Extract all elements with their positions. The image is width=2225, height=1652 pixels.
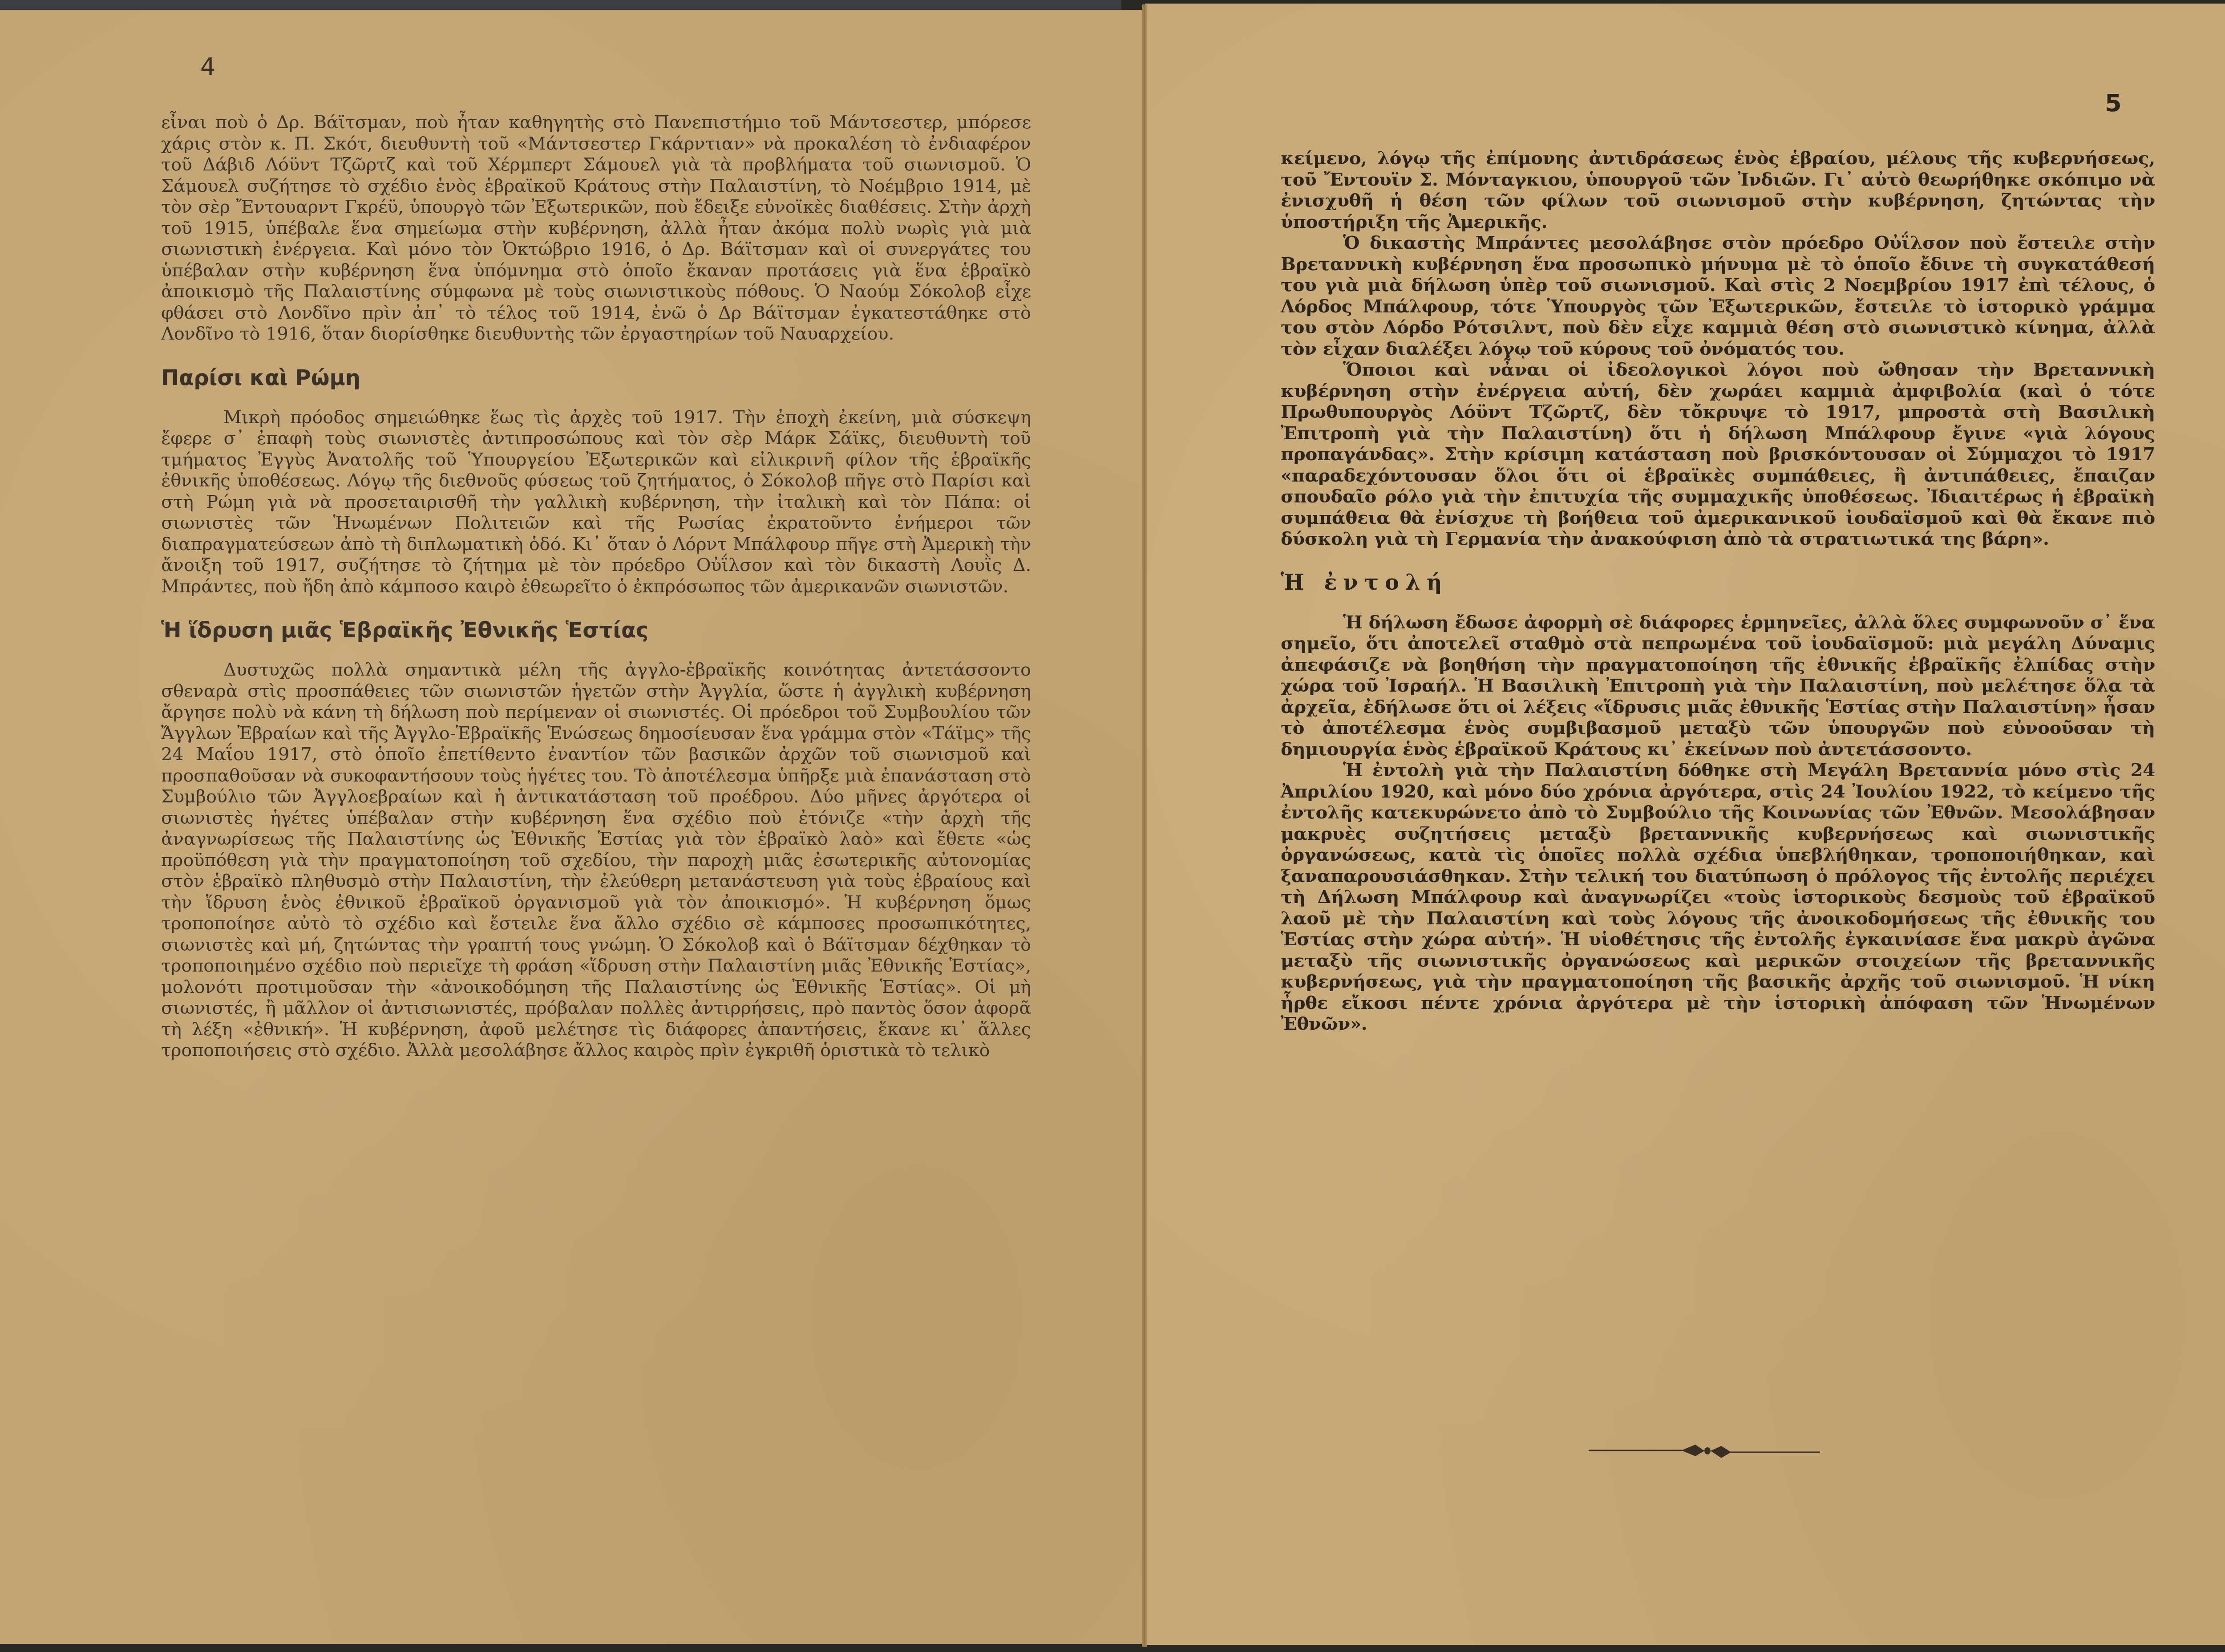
left-text-column: εἶναι ποὺ ὁ Δρ. Βάϊτσμαν, ποὺ ἦταν καθηγ… bbox=[161, 112, 1031, 1061]
paragraph: Ἡ δήλωση ἔδωσε ἀφορμὴ σὲ διάφορες ἑρμηνε… bbox=[1281, 612, 2155, 760]
scan-edge bbox=[0, 0, 1121, 11]
divider-ornament-icon bbox=[1571, 1442, 1838, 1460]
paragraph: Μικρὴ πρόοδος σημειώθηκε ἕως τὶς ἀρχὲς τ… bbox=[161, 407, 1031, 598]
right-text-column: κείμενο, λόγῳ τῆς ἐπίμονης ἀντιδράσεως ἑ… bbox=[1281, 148, 2155, 1035]
paragraph: Δυστυχῶς πολλὰ σημαντικὰ μέλη τῆς ἀγγλο-… bbox=[161, 660, 1031, 1061]
paragraph: εἶναι ποὺ ὁ Δρ. Βάϊτσμαν, ποὺ ἦταν καθηγ… bbox=[161, 112, 1031, 345]
paragraph: Ἡ ἐντολὴ γιὰ τὴν Παλαιστίνη δόθηκε στὴ Μ… bbox=[1281, 760, 2155, 1035]
paragraph: Ὅποιοι καὶ νἆναι οἱ ἰδεολογικοὶ λόγοι πο… bbox=[1281, 359, 2155, 550]
section-heading: Ἡ ἵδρυση μιᾶς Ἑβραϊκῆς Ἐθνικῆς Ἑστίας bbox=[161, 618, 1031, 643]
page-number-right: 5 bbox=[2105, 89, 2122, 117]
section-heading: Παρίσι καὶ Ρώμη bbox=[161, 365, 1031, 390]
paragraph: Ὁ δικαστὴς Μπράντες μεσολάβησε στὸν πρόε… bbox=[1281, 232, 2155, 359]
page-number-left: 4 bbox=[200, 53, 215, 81]
section-heading: Ἡ ἐντολή bbox=[1281, 570, 2155, 595]
paragraph: κείμενο, λόγῳ τῆς ἐπίμονης ἀντιδράσεως ἑ… bbox=[1281, 148, 2155, 232]
book-spine bbox=[1142, 4, 1147, 1647]
book-spread: 4 5 εἶναι ποὺ ὁ Δρ. Βάϊτσμαν, ποὺ ἦταν κ… bbox=[0, 0, 2225, 1652]
